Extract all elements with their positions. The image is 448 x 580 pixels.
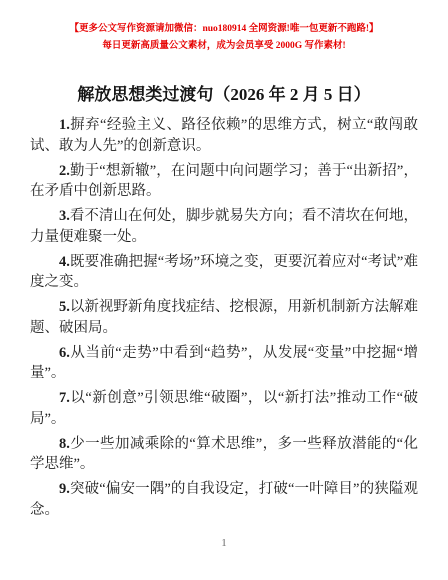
ad-banner: 【更多公文写作资源请加微信：nuo180914 全网资源!唯一包更新不跑路!】 …	[0, 23, 448, 53]
ad-banner-line-1: 【更多公文写作资源请加微信：nuo180914 全网资源!唯一包更新不跑路!】	[0, 23, 448, 36]
paragraph: 6.从当前“走势”中看到“趋势”，从发展“变量”中挖掘“增量”。	[30, 343, 418, 384]
item-text: 从当前“走势”中看到“趋势”，从发展“变量”中挖掘“增量”。	[30, 345, 418, 382]
paragraph: 9.突破“偏安一隅”的自我设定，打破“一叶障目”的狭隘观念。	[30, 479, 418, 520]
item-number: 7.	[59, 390, 70, 406]
paragraph: 2.勤于“想新辙”，在问题中向问题学习；善于“出新招”，在矛盾中创新思路。	[30, 161, 418, 202]
item-text: 以“新创意”引领思维“破圈”，以“新打法”推动工作“破局”。	[30, 390, 418, 427]
item-number: 4.	[59, 254, 70, 270]
page-number: 1	[0, 537, 448, 549]
document-body: 1.摒弃“经验主义、路径依赖”的思维方式，树立“敢闯敢试、敢为人先”的创新意识。…	[30, 115, 418, 520]
item-number: 8.	[59, 436, 70, 452]
document-title: 解放思想类过渡句（2026 年 2 月 5 日）	[0, 84, 448, 106]
item-number: 5.	[59, 299, 70, 315]
ad-banner-line-2: 每日更新高质量公文素材，成为会员享受 2000G 写作素材!	[0, 40, 448, 53]
item-number: 3.	[59, 208, 70, 224]
item-text: 看不清山在何处，脚步就易失方向；看不清坎在何地，力量便难聚一处。	[30, 208, 418, 245]
item-text: 勤于“想新辙”，在问题中向问题学习；善于“出新招”，在矛盾中创新思路。	[30, 163, 418, 200]
item-text: 既要准确把握“考场”环境之变，更要沉着应对“考试”难度之变。	[30, 254, 418, 291]
item-text: 少一些加减乘除的“算术思维”，多一些释放潜能的“化学思维”。	[30, 436, 418, 473]
paragraph: 1.摒弃“经验主义、路径依赖”的思维方式，树立“敢闯敢试、敢为人先”的创新意识。	[30, 115, 418, 156]
item-text: 以新视野新角度找症结、挖根源，用新机制新方法解难题、破困局。	[30, 299, 418, 336]
paragraph: 7.以“新创意”引领思维“破圈”，以“新打法”推动工作“破局”。	[30, 388, 418, 429]
item-text: 摒弃“经验主义、路径依赖”的思维方式，树立“敢闯敢试、敢为人先”的创新意识。	[30, 117, 418, 154]
item-text: 突破“偏安一隅”的自我设定，打破“一叶障目”的狭隘观念。	[30, 481, 418, 518]
item-number: 1.	[59, 117, 70, 133]
item-number: 2.	[59, 163, 70, 179]
paragraph: 3.看不清山在何处，脚步就易失方向；看不清坎在何地，力量便难聚一处。	[30, 206, 418, 247]
item-number: 6.	[59, 345, 70, 361]
item-number: 9.	[59, 481, 70, 497]
paragraph: 5.以新视野新角度找症结、挖根源，用新机制新方法解难题、破困局。	[30, 297, 418, 338]
document-page: 【更多公文写作资源请加微信：nuo180914 全网资源!唯一包更新不跑路!】 …	[0, 0, 448, 580]
paragraph: 4.既要准确把握“考场”环境之变，更要沉着应对“考试”难度之变。	[30, 252, 418, 293]
paragraph: 8.少一些加减乘除的“算术思维”，多一些释放潜能的“化学思维”。	[30, 434, 418, 475]
